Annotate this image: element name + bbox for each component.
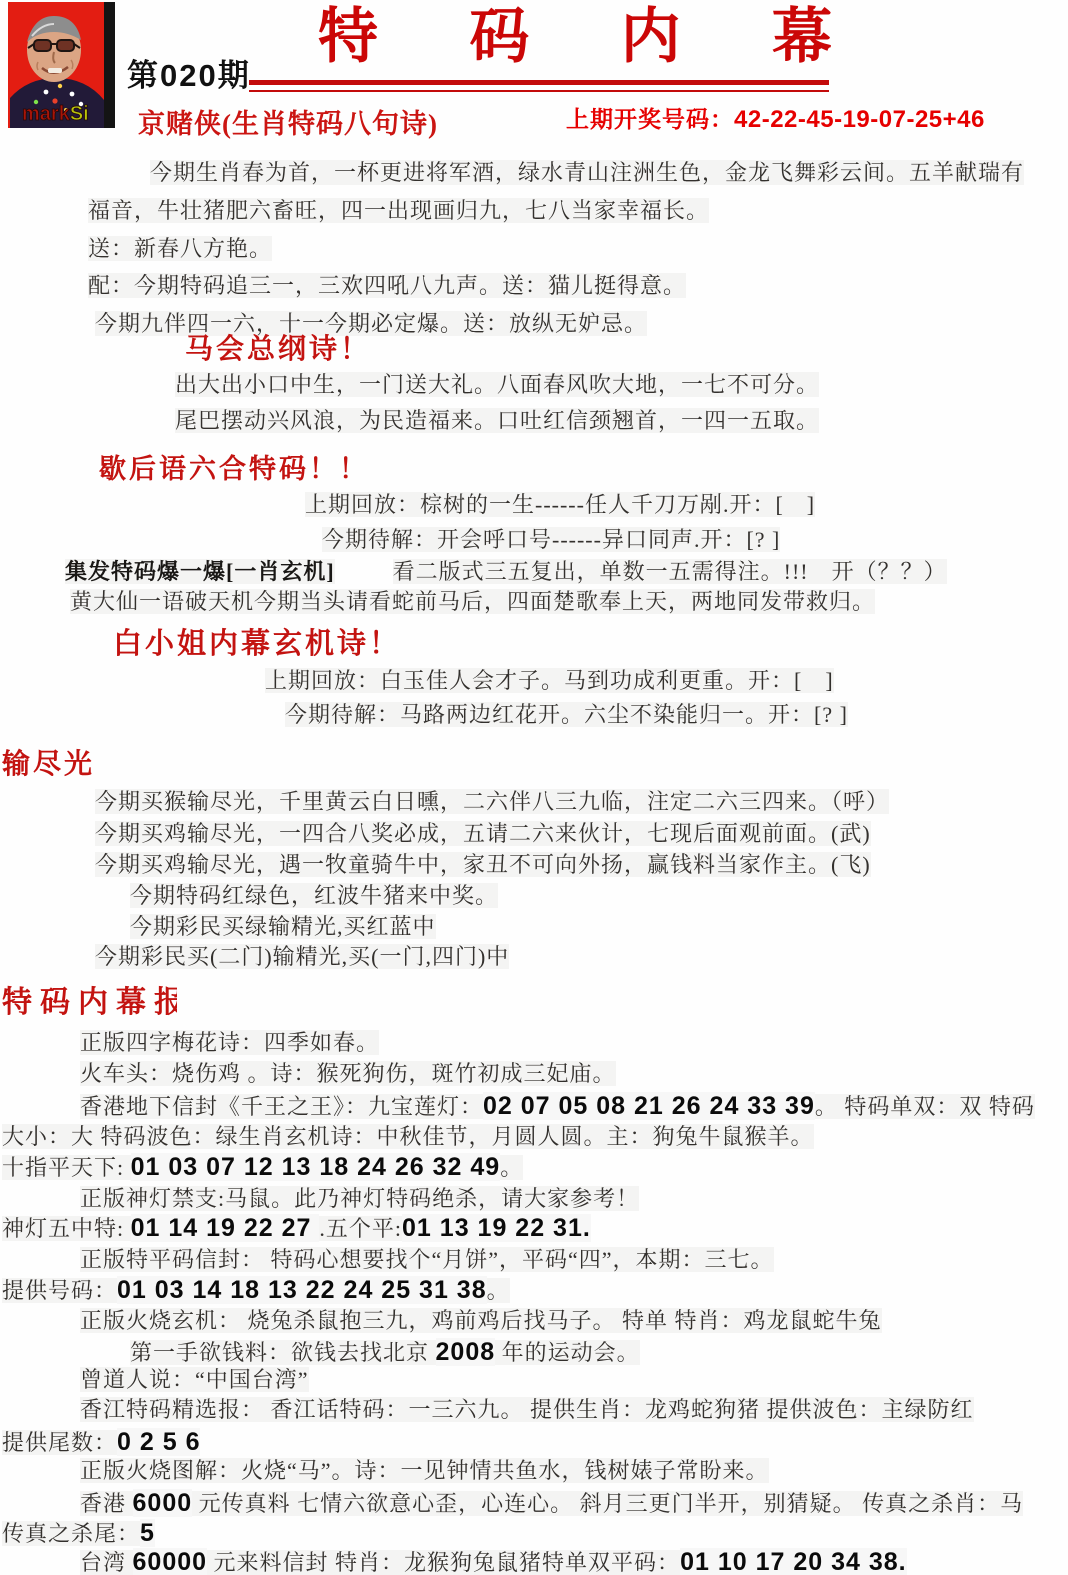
text-segment: 今期买猴输尽光，千里黄云白日曛，二六伴八三九临，注定二六三四来。（呼）: [95, 789, 889, 814]
text-segment: 。: [487, 1278, 510, 1303]
text-segment: 60000: [133, 1548, 208, 1575]
text-segment: .五个平:: [319, 1216, 402, 1241]
text-segment: 看二版式三五复出，单数一五需得注。!!! 开（？？）: [393, 559, 947, 584]
text-segment: 尾巴摆动兴风浪，为民造福来。口吐红信颈翘首，一四一五取。: [175, 408, 819, 433]
tip-sheet-page: { "page": { "background": "#fefefe", "ac…: [0, 0, 1068, 1575]
text-segment: 集发特码爆一爆[一肖玄机]: [65, 559, 335, 584]
text-segment: 今期买鸡输尽光，遇一牧童骑牛中，家丑不可向外扬，赢钱料当家作主。(飞): [95, 852, 871, 877]
section-heading: 输尽光: [2, 742, 95, 782]
text-line: 福音，牛壮猪肥六畜旺，四一出现画归九，七八当家幸福长。: [88, 198, 709, 224]
text-segment: 今期买鸡输尽光，一四合八奖必成，五请二六来伙计，七现后面观前面。(武): [95, 821, 871, 846]
text-segment: 十指平天下:: [2, 1155, 131, 1180]
text-segment: 今期生肖春为首，一杯更进将军酒，绿水青山注洲生色，金龙飞舞彩云间。五羊献瑞有: [150, 160, 1024, 185]
text-segment: 01 03 14 18 13 22 24 25 31 38: [117, 1276, 487, 1304]
text-segment: 提供尾数：: [2, 1430, 117, 1455]
text-line: 正版特平码信封： 特码心想要找个“月饼”，平码“四”，本期：三七。: [80, 1247, 774, 1273]
text-segment: 神灯五中特:: [2, 1216, 131, 1241]
title-char: 内: [621, 4, 681, 70]
text-line: 黄大仙一语破天机今期当头请看蛇前马后，四面楚歌奉上天，两地同发带救归。: [70, 589, 875, 615]
text-line: 上期回放：白玉佳人会才子。马到功成利更重。开：[ ]: [265, 668, 834, 694]
text-segment: 正版四字梅花诗：四季如春。: [80, 1030, 379, 1055]
text-segment: 0 2 5 6: [117, 1428, 200, 1456]
issue-number: 第020期: [127, 50, 251, 95]
last-draw-label: 上期开奖号码：: [566, 106, 734, 132]
text-segment: 上期回放：棕树的一生------任人千刀万剐.开：[ ]: [305, 492, 815, 517]
text-segment: 元来料信封 特肖：龙猴狗兔鼠猪特单双平码：: [207, 1550, 680, 1575]
last-draw-result: 上期开奖号码：42-22-45-19-07-25+46: [566, 101, 985, 134]
text-line: 今期买猴输尽光，千里黄云白日曛，二六伴八三九临，注定二六三四来。（呼）: [95, 789, 889, 815]
section-heading: 特码内幕报: [2, 977, 177, 1021]
text-segment: 正版神灯禁支:马鼠。此乃神灯特码绝杀，请大家参考！: [80, 1186, 639, 1211]
text-line: 大小：大 特码波色：绿生肖玄机诗：中秋佳节，月圆人圆。主：狗兔牛鼠猴羊。: [2, 1124, 814, 1150]
text-segment: 第一手欲钱料：欲钱去找北京: [130, 1340, 436, 1365]
text-line: 今期生肖春为首，一杯更进将军酒，绿水青山注洲生色，金龙飞舞彩云间。五羊献瑞有: [150, 160, 1024, 186]
text-line: 正版火烧图解：火烧“马”。诗：一见钟情共鱼水，钱树婊子常盼来。: [80, 1458, 769, 1484]
text-segment: 5: [140, 1519, 155, 1547]
title-char: 码: [469, 4, 529, 70]
text-segment: 配：今期特码追三一，三欢四吼八九声。送：猫儿挺得意。: [88, 273, 686, 298]
text-segment: 01 03 07 12 13 18 24 26 32 49: [131, 1153, 501, 1181]
text-segment: 台湾: [80, 1550, 133, 1575]
text-segment: 01 13 19 22 31.: [402, 1214, 591, 1242]
text-line: 十指平天下: 01 03 07 12 13 18 24 26 32 49。: [2, 1152, 523, 1182]
photo-right-border: [104, 2, 115, 128]
text-segment: 提供号码：: [2, 1278, 117, 1303]
text-segment: 送：新春八方艳。: [88, 236, 272, 261]
text-line: 今期待解：马路两边红花开。六尘不染能归一。开：[? ]: [285, 702, 848, 728]
masthead-photo: markSi: [8, 2, 115, 128]
text-segment: 02 07 05 08 21 26 24 33 39: [483, 1092, 815, 1120]
text-segment: 正版特平码信封： 特码心想要找个“月饼”，平码“四”，本期：三七。: [80, 1247, 774, 1272]
text-segment: 正版火烧图解：火烧“马”。诗：一见钟情共鱼水，钱树婊子常盼来。: [80, 1458, 769, 1483]
text-segment: 今期彩民买绿输精光,买红蓝中: [130, 914, 436, 939]
text-segment: 6000: [133, 1489, 193, 1517]
title-char: 特: [318, 4, 378, 70]
text-segment: 传真之杀尾：: [2, 1521, 140, 1546]
text-segment: 大小：大 特码波色：绿生肖玄机诗：中秋佳节，月圆人圆。主：狗兔牛鼠猴羊。: [2, 1124, 814, 1149]
page-title: 特 码 内 幕: [318, 4, 832, 70]
text-line: 出大出小口中生，一门送大礼。八面春风吹大地，一七不可分。: [175, 372, 819, 398]
column-subtitle: 京赌侠(生肖特码八句诗): [138, 102, 438, 141]
section-heading: 歇后语六合特码！！: [99, 447, 369, 486]
text-line: 香港地下信封《千王之王》：九宝莲灯：02 07 05 08 21 26 24 3…: [80, 1091, 1035, 1121]
portrait-photo-graphic: markSi: [8, 2, 115, 128]
text-line: 正版四字梅花诗：四季如春。: [80, 1030, 379, 1056]
text-segment: 今期彩民买(二门)输精光,买(一门,四门)中: [95, 944, 509, 969]
text-line: 提供尾数：0 2 5 6: [2, 1427, 200, 1457]
title-underline-thin: [249, 90, 829, 92]
text-line: 神灯五中特: 01 14 19 22 27 .五个平:01 13 19 22 3…: [2, 1213, 591, 1243]
text-line: 今期特码红绿色，红波牛猪来中奖。: [130, 883, 498, 909]
text-segment: 曾道人说：“中国台湾”: [80, 1367, 309, 1392]
text-line: 提供号码：01 03 14 18 13 22 24 25 31 38。: [2, 1275, 510, 1305]
text-line: 配：今期特码追三一，三欢四吼八九声。送：猫儿挺得意。: [88, 273, 686, 299]
text-segment: 黄大仙一语破天机今期当头请看蛇前马后，四面楚歌奉上天，两地同发带救归。: [70, 589, 875, 614]
text-segment: 元传真料 七情六欲意心歪，心连心。 斜月三更门半开，别猜疑。 传真之杀肖：马: [192, 1491, 1023, 1516]
text-line: 香港 6000 元传真料 七情六欲意心歪，心连心。 斜月三更门半开，别猜疑。 传…: [80, 1488, 1023, 1518]
text-line: 今期彩民买(二门)输精光,买(一门,四门)中: [95, 944, 509, 970]
text-line: 今期彩民买绿输精光,买红蓝中: [130, 914, 436, 940]
text-line: 香江特码精选报： 香江话特码：一三六九。 提供生肖：龙鸡蛇狗猪 提供波色：主绿防…: [80, 1397, 974, 1423]
text-segment: 今期待解：开会呼口号------异口同声.开：[? ]: [322, 527, 780, 552]
text-segment: 2008: [436, 1338, 496, 1366]
text-segment: 福音，牛壮猪肥六畜旺，四一出现画归九，七八当家幸福长。: [88, 198, 709, 223]
text-line: 传真之杀尾：5: [2, 1518, 155, 1548]
text-line: 尾巴摆动兴风浪，为民造福来。口吐红信颈翘首，一四一五取。: [175, 408, 819, 434]
title-underline-thick: [249, 80, 829, 85]
text-segment: 正版火烧玄机： 烧兔杀鼠抱三九，鸡前鸡后找马子。 特单 特肖：鸡龙鼠蛇牛兔: [80, 1308, 882, 1333]
text-line: 今期买鸡输尽光，遇一牧童骑牛中，家丑不可向外扬，赢钱料当家作主。(飞): [95, 852, 871, 878]
text-segment: 香港: [80, 1491, 133, 1516]
text-line: 曾道人说：“中国台湾”: [80, 1367, 309, 1393]
text-segment: 上期回放：白玉佳人会才子。马到功成利更重。开：[ ]: [265, 668, 834, 693]
section-heading: 白小姐内幕玄机诗！: [113, 621, 401, 662]
section-heading: 马会总纲诗！: [185, 327, 371, 367]
text-segment: 。: [500, 1155, 523, 1180]
last-draw-numbers: 42-22-45-19-07-25+46: [734, 106, 985, 133]
text-line: 第一手欲钱料：欲钱去找北京 2008 年的运动会。: [130, 1337, 640, 1367]
text-segment: 今期待解：马路两边红花开。六尘不染能归一。开：[? ]: [285, 702, 848, 727]
text-segment: 01 14 19 22 27: [131, 1214, 320, 1242]
text-segment: 。 特码单双：双 特码: [815, 1094, 1035, 1119]
text-line: 送：新春八方艳。: [88, 236, 272, 262]
logo-wordmark: markSi: [22, 103, 89, 125]
sunglasses-icon: [34, 40, 51, 51]
text-line: 今期买鸡输尽光，一四合八奖必成，五请二六来伙计，七现后面观前面。(武): [95, 821, 871, 847]
text-segment: 01 10 17 20 34 38.: [680, 1548, 907, 1575]
text-segment: 火车头：烧伤鸡 。诗：猴死狗伤，斑竹初成三妃庙。: [80, 1061, 616, 1086]
text-line: 台湾 60000 元来料信封 特肖：龙猴狗兔鼠猪特单双平码：01 10 17 2…: [80, 1547, 907, 1575]
text-segment: 香港地下信封《千王之王》：九宝莲灯：: [80, 1094, 483, 1119]
text-segment: 年的运动会。: [495, 1340, 640, 1365]
text-line: 上期回放：棕树的一生------任人千刀万剐.开：[ ]: [305, 492, 815, 518]
text-segment: 今期特码红绿色，红波牛猪来中奖。: [130, 883, 498, 908]
text-segment: 香江特码精选报： 香江话特码：一三六九。 提供生肖：龙鸡蛇狗猪 提供波色：主绿防…: [80, 1397, 974, 1422]
title-char: 幕: [772, 4, 832, 70]
text-line: 正版神灯禁支:马鼠。此乃神灯特码绝杀，请大家参考！: [80, 1186, 639, 1212]
text-line: 火车头：烧伤鸡 。诗：猴死狗伤，斑竹初成三妃庙。: [80, 1061, 616, 1087]
text-segment: 出大出小口中生，一门送大礼。八面春风吹大地，一七不可分。: [175, 372, 819, 397]
text-line: 今期待解：开会呼口号------异口同声.开：[? ]: [322, 527, 780, 553]
text-line: 正版火烧玄机： 烧兔杀鼠抱三九，鸡前鸡后找马子。 特单 特肖：鸡龙鼠蛇牛兔: [80, 1308, 882, 1334]
text-line: 集发特码爆一爆[一肖玄机]看二版式三五复出，单数一五需得注。!!! 开（？？）: [65, 559, 947, 585]
